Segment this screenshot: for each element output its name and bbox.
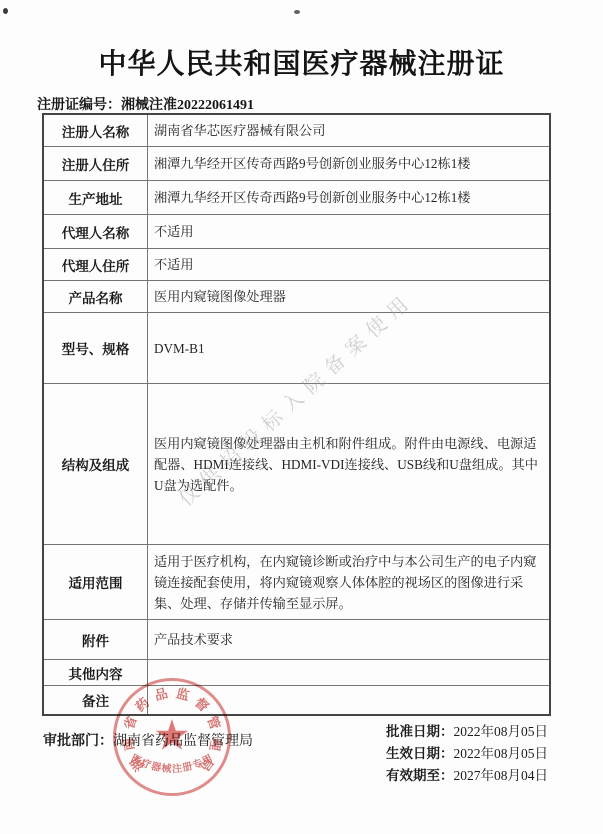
row-label: 代理人名称: [44, 215, 148, 248]
table-row: 附件 产品技术要求: [44, 619, 549, 659]
seal-ring-char: 湖: [125, 754, 148, 776]
expiry-date-line: 有效期至：2027年08月04日: [386, 765, 548, 787]
certificate-page: 中华人民共和国医疗器械注册证 注册证编号：湘械注准20222061491 仅供招…: [0, 0, 603, 834]
certificate-title: 中华人民共和国医疗器械注册证: [0, 42, 603, 82]
row-value: DVM-B1: [148, 313, 549, 383]
effective-date-value: 2022年08月05日: [454, 746, 549, 761]
table-row: 生产地址 湘潭九华经开区传奇西路9号创新创业服务中心12栋1楼: [44, 180, 549, 214]
table-row: 型号、规格 DVM-B1: [44, 312, 549, 383]
row-label: 适用范围: [44, 545, 148, 619]
table-row: 产品名称 医用内窥镜图像处理器: [44, 280, 549, 312]
approval-date-line: 批准日期：2022年08月05日: [386, 721, 548, 743]
table-row: 注册人住所 湘潭九华经开区传奇西路9号创新创业服务中心12栋1楼: [44, 146, 549, 180]
row-label: 其他内容: [44, 660, 148, 685]
table-row: 其他内容: [44, 659, 549, 685]
row-label: 注册人住所: [44, 147, 148, 180]
row-value: 适用于医疗机构，在内窥镜诊断或治疗中与本公司生产的电子内窥镜连接配套使用，将内窥…: [148, 545, 549, 619]
row-value: 湘潭九华经开区传奇西路9号创新创业服务中心12栋1楼: [148, 181, 549, 214]
approval-date-value: 2022年08月05日: [454, 724, 549, 739]
table-row: 适用范围 适用于医疗机构，在内窥镜诊断或治疗中与本公司生产的电子内窥镜连接配套使…: [44, 544, 549, 619]
approval-department-value: 湖南省药品监督管理局: [113, 734, 253, 749]
certificate-number-label: 注册证编号：: [37, 98, 121, 113]
row-value: 湖南省华芯医疗器械有限公司: [148, 115, 549, 146]
row-label: 结构及组成: [44, 384, 148, 544]
row-value: 不适用: [148, 249, 549, 280]
row-label: 代理人住所: [44, 249, 148, 280]
row-value: 医用内窥镜图像处理器由主机和附件组成。附件由电源线、电源适配器、HDMI连接线、…: [148, 384, 549, 544]
registration-table: 注册人名称 湖南省华芯医疗器械有限公司 注册人住所 湘潭九华经开区传奇西路9号创…: [42, 113, 551, 716]
row-label: 型号、规格: [44, 313, 148, 383]
scan-speck: [3, 8, 8, 14]
approval-date-label: 批准日期：: [386, 724, 454, 739]
expiry-date-value: 2027年08月04日: [454, 768, 549, 783]
row-label: 备注: [44, 686, 148, 714]
approval-department-line: 审批部门：湖南省药品监督管理局: [43, 730, 253, 750]
expiry-date-label: 有效期至：: [386, 768, 454, 783]
row-value: 湘潭九华经开区传奇西路9号创新创业服务中心12栋1楼: [148, 147, 549, 180]
seal-ring-char: 局: [196, 754, 219, 776]
row-value: [148, 686, 549, 714]
row-label: 产品名称: [44, 281, 148, 312]
row-value: 产品技术要求: [148, 620, 549, 659]
row-value: 不适用: [148, 215, 549, 248]
approval-department-label: 审批部门：: [43, 734, 113, 749]
scan-speck: [294, 10, 300, 14]
table-row: 代理人住所 不适用: [44, 248, 549, 280]
certificate-number-value: 湘械注准20222061491: [121, 98, 254, 113]
row-value: [148, 660, 549, 685]
certificate-number-line: 注册证编号：湘械注准20222061491: [37, 94, 254, 114]
effective-date-label: 生效日期：: [386, 746, 454, 761]
table-row: 备注: [44, 685, 549, 714]
table-row: 注册人名称 湖南省华芯医疗器械有限公司: [44, 115, 549, 146]
table-row: 代理人名称 不适用: [44, 214, 549, 248]
row-label: 生产地址: [44, 181, 148, 214]
dates-block: 批准日期：2022年08月05日 生效日期：2022年08月05日 有效期至：2…: [386, 721, 548, 787]
row-label: 附件: [44, 620, 148, 659]
table-row: 结构及组成 医用内窥镜图像处理器由主机和附件组成。附件由电源线、电源适配器、HD…: [44, 383, 549, 544]
row-value: 医用内窥镜图像处理器: [148, 281, 549, 312]
effective-date-line: 生效日期：2022年08月05日: [386, 743, 548, 765]
row-label: 注册人名称: [44, 115, 148, 146]
